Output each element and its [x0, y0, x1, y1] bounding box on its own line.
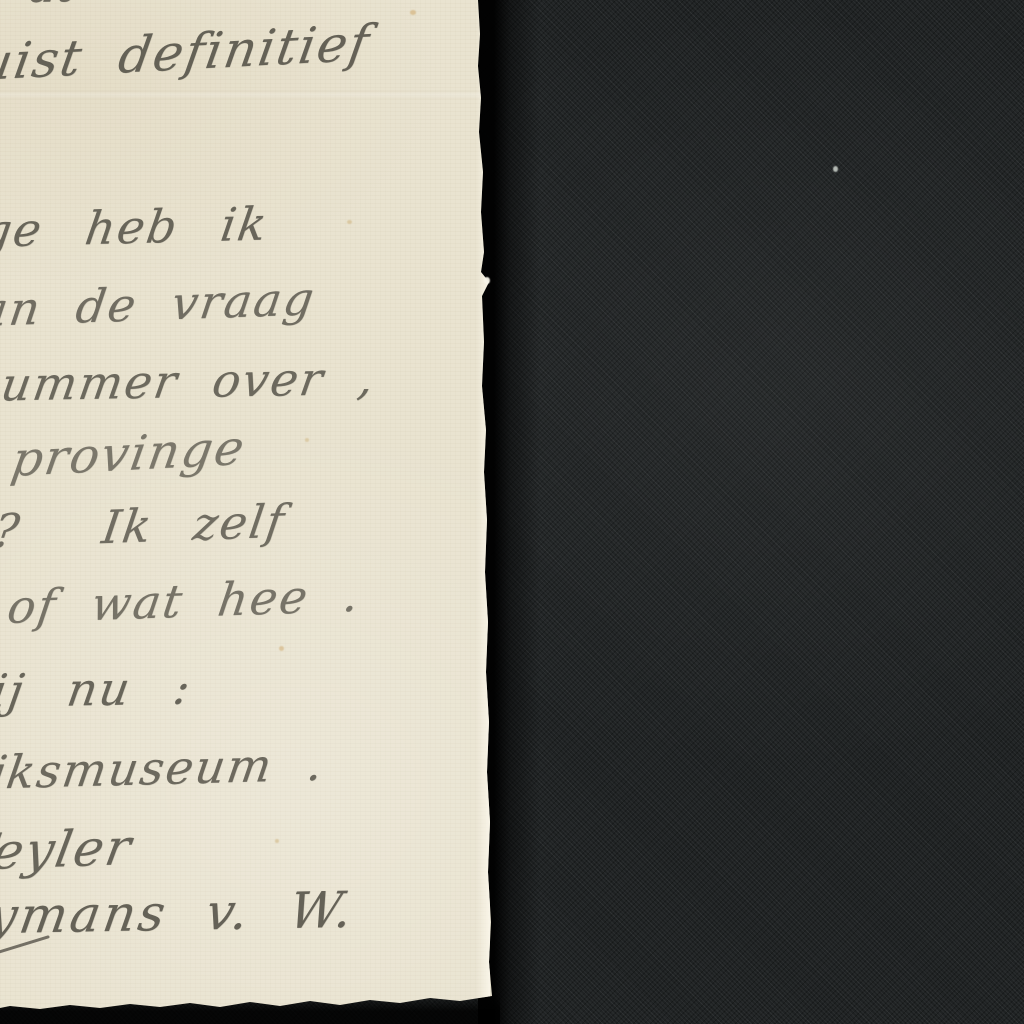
foxing-speck: [347, 220, 352, 224]
handwriting-line-11: Teyler: [0, 822, 136, 878]
handwriting-line-10: ijksmuseum .: [0, 741, 328, 796]
foxing-speck: [275, 839, 279, 843]
foxing-speck: [305, 438, 309, 442]
handwriting-line-9: ij nu :: [0, 665, 195, 714]
fabric-lint-speck: [833, 166, 838, 172]
foxing-speck: [410, 10, 416, 15]
handwriting-line-2: uist definitief: [0, 18, 374, 88]
handwriting-line-4: van de vraag: [0, 275, 318, 334]
handwriting-line-7: ? Ik zelf: [0, 498, 289, 554]
letter-paper: at im G uist definitief ge heb ik van de…: [0, 0, 494, 1012]
handwriting-line-5: nummer over ,: [0, 355, 379, 408]
foxing-speck: [279, 646, 284, 651]
paper-edge-speck: [484, 277, 490, 284]
photo-scene: at im G uist definitief ge heb ik van de…: [0, 0, 1024, 1024]
handwriting-line-1: at im G: [27, 0, 384, 10]
handwriting-line-8: of wat hee .: [5, 572, 364, 630]
handwriting-line-3: ge heb ik: [0, 201, 271, 254]
paper-crease: [0, 90, 494, 99]
handwriting-signature: Hymans v. W.: [0, 885, 359, 942]
handwriting-line-6: provinge: [8, 424, 249, 484]
